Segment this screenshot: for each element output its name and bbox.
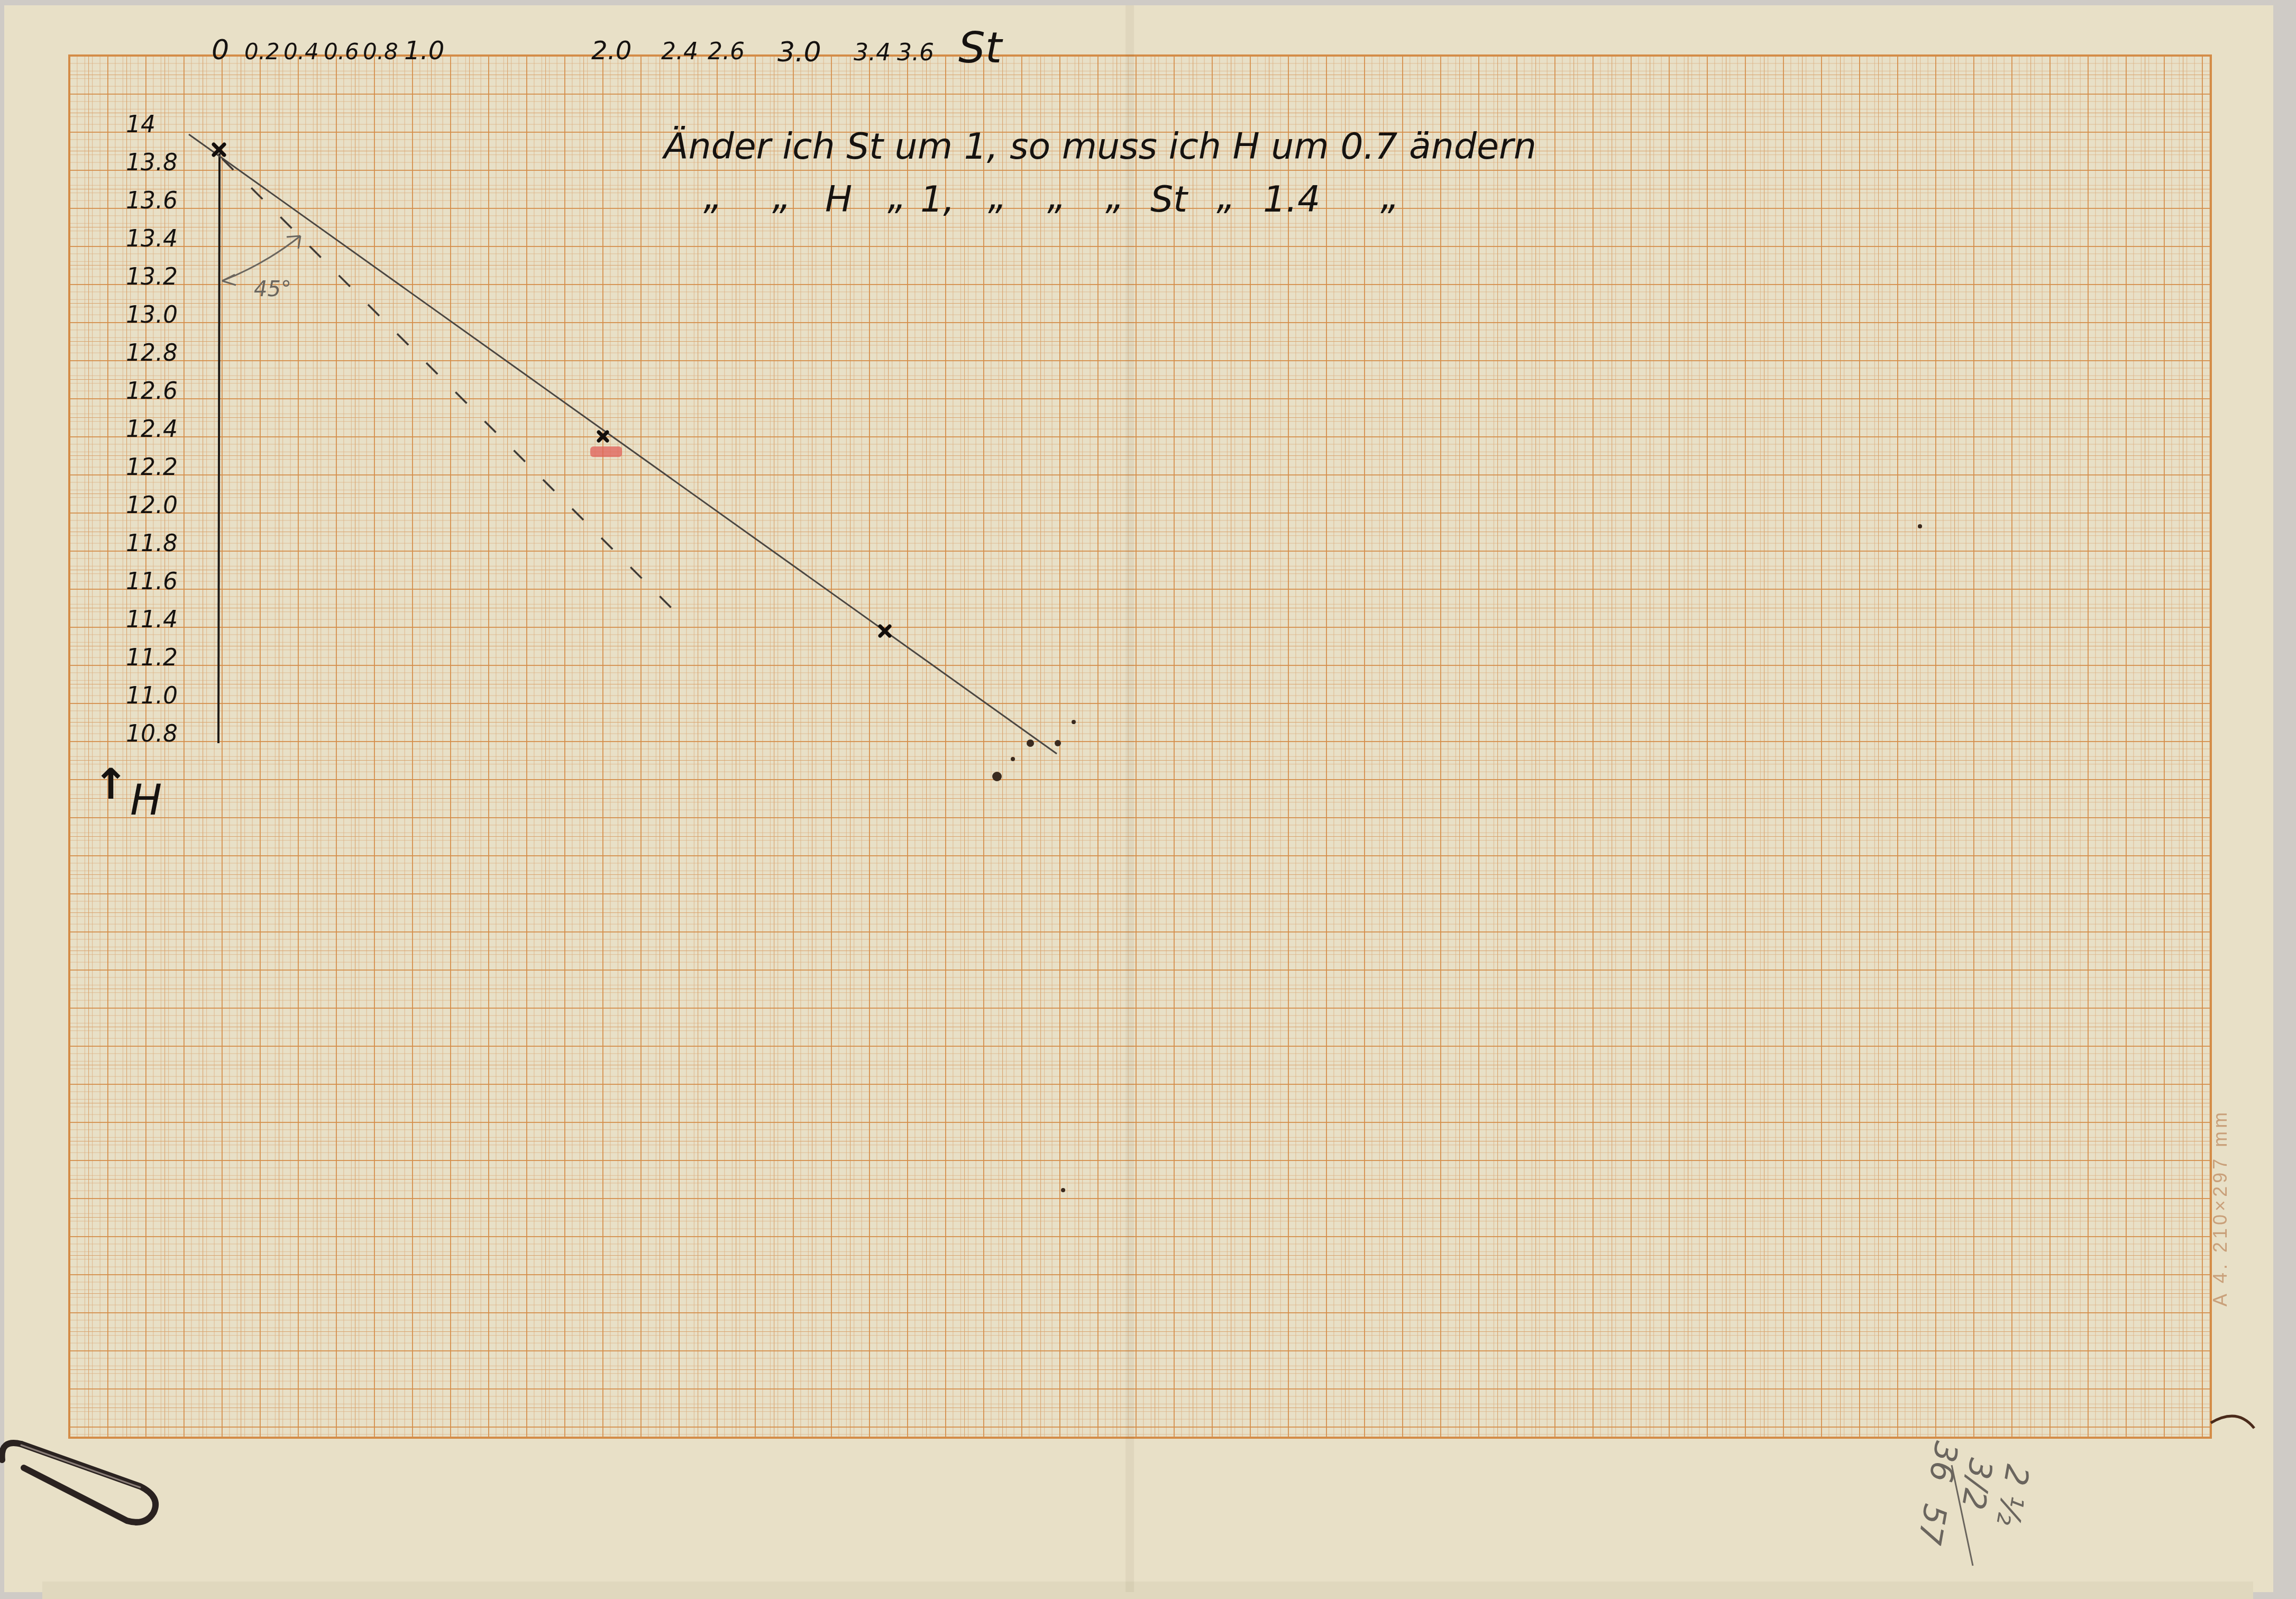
note-var-h: H bbox=[825, 179, 852, 221]
y-tick-label: 11.6 bbox=[126, 568, 178, 595]
y-axis-tick-labels: 14 13.8 13.6 13.4 13.2 13.0 12.8 12.6 12… bbox=[126, 111, 178, 747]
x-tick-label: 2.4 bbox=[661, 38, 698, 65]
ditto-mark: „ bbox=[1047, 176, 1066, 218]
note-value: 1, bbox=[920, 179, 955, 221]
stain-mark bbox=[2211, 1416, 2254, 1428]
paper-imprint: A 4. 210×297 mm bbox=[2209, 1109, 2231, 1306]
x-tick-label: 0.2 bbox=[244, 39, 280, 65]
y-tick-label: 13.6 bbox=[126, 187, 178, 214]
x-tick-label: 0.8 bbox=[363, 39, 398, 65]
red-pencil-mark bbox=[590, 446, 622, 457]
y-tick-label: 13.8 bbox=[126, 149, 178, 176]
x-tick-label: 0.6 bbox=[324, 39, 359, 65]
y-tick-label: 11.4 bbox=[126, 606, 178, 633]
ditto-mark: „ bbox=[988, 176, 1007, 218]
ditto-mark: „ bbox=[703, 176, 722, 218]
y-tick-label: 13.4 bbox=[126, 225, 178, 252]
y-tick-label: 14 bbox=[126, 111, 155, 138]
center-fold bbox=[1126, 5, 1134, 1592]
y-tick-label: 11.0 bbox=[126, 682, 178, 709]
y-tick-label: 12.6 bbox=[126, 378, 178, 405]
x-tick-label: 2.6 bbox=[708, 38, 745, 65]
pencil-notes: 2 ½ 3/2 36 57 bbox=[1910, 1439, 2038, 1560]
paper-clip-icon bbox=[2, 1443, 155, 1522]
x-tick-label: 0 bbox=[212, 34, 229, 66]
x-tick-label: 3.0 bbox=[777, 36, 821, 68]
note-value: 1.4 bbox=[1263, 179, 1320, 221]
x-tick-label: 1.0 bbox=[404, 36, 444, 66]
x-axis-label: St bbox=[958, 23, 1003, 72]
ditto-mark: „ bbox=[1216, 176, 1235, 218]
ditto-mark: „ bbox=[1380, 176, 1399, 218]
y-axis-arrow-icon: ↑ bbox=[93, 760, 129, 809]
y-tick-label: 12.8 bbox=[126, 340, 178, 367]
y-axis-label: H bbox=[130, 775, 162, 825]
x-tick-label: 3.6 bbox=[897, 39, 934, 66]
ditto-mark: „ bbox=[772, 176, 791, 218]
note-line-1: Änder ich St um 1, so muss ich H um 0.7 … bbox=[662, 126, 1536, 168]
ditto-mark: „ bbox=[888, 176, 906, 218]
y-tick-label: 12.4 bbox=[126, 416, 178, 443]
x-tick-label: 2.0 bbox=[591, 36, 632, 66]
x-tick-label: 3.4 bbox=[854, 39, 891, 66]
y-tick-label: 11.8 bbox=[126, 530, 178, 557]
millimeter-grid bbox=[69, 56, 2211, 1438]
y-tick-label: 12.2 bbox=[126, 454, 178, 481]
pencil-note: 57 bbox=[1910, 1501, 1954, 1547]
graph-paper-svg: 0 0.2 0.4 0.6 0.8 1.0 2.0 2.4 2.6 3.0 3.… bbox=[0, 0, 2296, 1599]
angle-label: 45° bbox=[254, 277, 291, 301]
y-tick-label: 12.0 bbox=[126, 492, 178, 519]
y-tick-label: 13.0 bbox=[126, 301, 178, 328]
x-tick-label: 0.4 bbox=[283, 39, 319, 65]
y-tick-label: 10.8 bbox=[126, 720, 178, 747]
note-var-st: St bbox=[1150, 179, 1188, 221]
y-tick-label: 13.2 bbox=[126, 263, 178, 290]
ditto-mark: „ bbox=[1105, 176, 1124, 218]
y-tick-label: 11.2 bbox=[126, 644, 178, 671]
pencil-note: 36 bbox=[1922, 1439, 1965, 1485]
vertical-reference-line bbox=[218, 153, 219, 743]
